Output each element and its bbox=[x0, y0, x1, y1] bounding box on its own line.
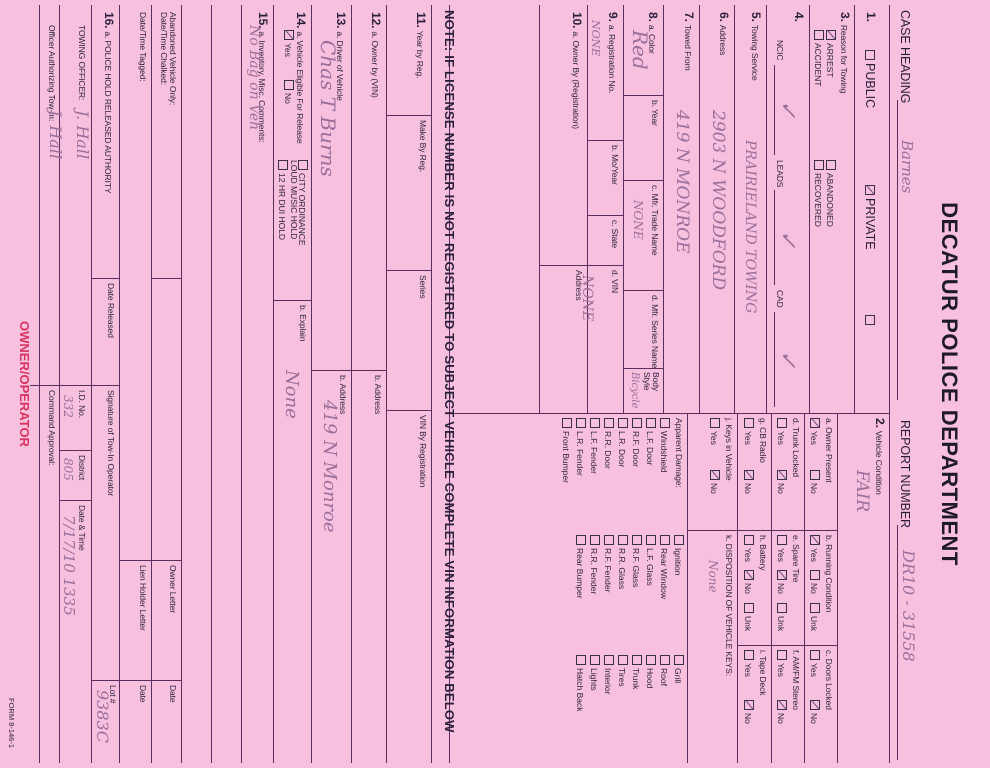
ncic-check[interactable]: ✓ bbox=[775, 100, 800, 118]
date-time-value[interactable]: 7/17/10 1335 bbox=[60, 515, 78, 616]
damage-checkbox[interactable] bbox=[618, 418, 628, 428]
owner-by-registration-label: 10.a. Owner By (Registration) bbox=[570, 12, 584, 129]
copy-designation: OWNER/OPERATOR bbox=[17, 0, 32, 768]
case-heading-label: CASE HEADING bbox=[898, 10, 912, 103]
private-option[interactable]: PRIVATE bbox=[863, 185, 877, 250]
section-1: 1. bbox=[864, 12, 878, 25]
damage-column-2: IgnitionRear WindowL.F. GlassR.F. GlassR… bbox=[572, 535, 684, 599]
registration-no-value[interactable]: NONE bbox=[589, 20, 602, 56]
damage-option[interactable]: Tires bbox=[614, 655, 628, 711]
id-no-label: I.D. No. bbox=[77, 390, 87, 418]
owner-present-yes[interactable]: Yes bbox=[809, 418, 820, 445]
rule bbox=[734, 5, 735, 413]
tape-deck-no[interactable]: No bbox=[743, 700, 754, 724]
leads-check[interactable]: ✓ bbox=[775, 230, 800, 248]
trunk-locked-no[interactable]: No bbox=[776, 470, 787, 494]
keys-in-vehicle-label: j. Keys in Vehicle bbox=[724, 418, 734, 480]
damage-option[interactable]: Front Bumper bbox=[558, 418, 572, 483]
damage-column-1: WindshieldL.F. DoorR.F. DoorL.R. DoorR.R… bbox=[558, 418, 670, 483]
vin-label: d. VIN bbox=[610, 270, 620, 293]
report-number-label: REPORT NUMBER bbox=[898, 420, 912, 528]
vin-by-registration-label: VIN By Registration bbox=[418, 415, 428, 487]
battery-label: h. Battery bbox=[758, 535, 768, 570]
dui-hold-option[interactable]: 12 HR DUI HOLD bbox=[277, 160, 288, 240]
running-yes[interactable]: Yes bbox=[809, 535, 820, 562]
towing-service-label: 5.Towing Service bbox=[749, 12, 763, 81]
cb-radio-no[interactable]: No bbox=[743, 470, 754, 494]
damage-option[interactable]: R.R. Fender bbox=[586, 535, 600, 599]
damage-checkbox[interactable] bbox=[618, 535, 628, 545]
report-number-value[interactable]: DR10 - 31558 bbox=[899, 550, 918, 662]
address-label: 6.Address bbox=[717, 12, 731, 55]
owner-letter-label: Owner Letter bbox=[168, 565, 178, 613]
rule bbox=[809, 5, 810, 413]
damage-option[interactable]: Grill bbox=[670, 655, 684, 711]
damage-option[interactable]: Trunk bbox=[628, 655, 642, 711]
section-4: 4. bbox=[792, 12, 806, 25]
apparent-damage-label: Apparent Damage: bbox=[674, 418, 684, 488]
date-time-chalked-label: Date/Time Chalked: bbox=[159, 12, 169, 85]
vehicle-condition-label: 2.Vehicle Condition bbox=[873, 418, 887, 495]
abandoned-vehicle-label: Abandoned Vehicle Only: bbox=[168, 12, 178, 105]
damage-checkbox[interactable] bbox=[632, 655, 642, 665]
leads-label: LEADS bbox=[775, 160, 785, 187]
lien-date-label: Date bbox=[138, 685, 148, 703]
towing-service-value[interactable]: PRAIRIELAND TOWING bbox=[742, 140, 758, 313]
damage-checkbox[interactable] bbox=[660, 655, 670, 665]
damage-checkbox[interactable] bbox=[604, 655, 614, 665]
mfr-trade-name-value[interactable]: NONE bbox=[631, 200, 645, 240]
damage-option[interactable]: Roof bbox=[656, 655, 670, 711]
spare-tire-yes[interactable]: Yes bbox=[776, 535, 787, 562]
district-label: District bbox=[77, 455, 87, 480]
owner-present-no[interactable]: No bbox=[809, 470, 820, 494]
disposition-keys-value[interactable]: None bbox=[706, 560, 720, 593]
owner-vin-address-label: b. Address bbox=[373, 375, 383, 414]
damage-option[interactable]: R.F. Door bbox=[628, 418, 642, 483]
damage-checkbox[interactable] bbox=[604, 418, 614, 428]
spare-tire-no[interactable]: No bbox=[776, 570, 787, 594]
damage-checkbox[interactable] bbox=[576, 535, 586, 545]
cb-radio-yes[interactable]: Yes bbox=[743, 418, 754, 445]
date-time-label: Date & Time bbox=[77, 505, 87, 551]
private-checkbox[interactable] bbox=[865, 185, 875, 195]
explain-value[interactable]: None bbox=[281, 370, 302, 419]
damage-checkbox[interactable] bbox=[674, 655, 684, 665]
owner-present-label: a. Owner Present bbox=[824, 418, 834, 483]
keys-yes[interactable]: Yes bbox=[709, 418, 720, 445]
mfr-series-name-label: d. Mfr. Series Name bbox=[650, 295, 660, 368]
damage-checkbox[interactable] bbox=[646, 655, 656, 665]
damage-checkbox[interactable] bbox=[660, 535, 670, 545]
damage-column-3: GrillRoofHoodTrunkTiresInteriorLightsHat… bbox=[572, 655, 684, 711]
damage-checkbox[interactable] bbox=[632, 535, 642, 545]
trunk-locked-label: d. Trunk Locked bbox=[791, 418, 801, 477]
eligible-no[interactable]: No bbox=[283, 80, 294, 104]
cad-label: CAD bbox=[775, 290, 785, 308]
page-title: DECATUR POLICE DEPARTMENT bbox=[936, 0, 962, 768]
public-checkbox[interactable] bbox=[865, 50, 875, 60]
district-value[interactable]: 805 bbox=[61, 458, 75, 481]
cb-radio-label: g. CB Radio bbox=[758, 418, 768, 463]
damage-checkbox[interactable] bbox=[618, 655, 628, 665]
damage-checkbox[interactable] bbox=[576, 418, 586, 428]
lien-holder-letter-label: Lien Holder Letter bbox=[138, 565, 148, 631]
damage-option[interactable]: R.F. Glass bbox=[628, 535, 642, 599]
vin-note: NOTE: IF LICENSE NUMBER IS NOT REGISTERE… bbox=[442, 10, 457, 733]
command-approval-label: Command Approval: bbox=[47, 390, 57, 465]
color-value[interactable]: Red bbox=[628, 30, 652, 70]
eligible-yes[interactable]: Yes bbox=[283, 30, 294, 57]
trunk-locked-yes[interactable]: Yes bbox=[776, 418, 787, 445]
date-released-label: Date Released bbox=[106, 283, 116, 338]
damage-checkbox[interactable] bbox=[660, 418, 670, 428]
other-option[interactable] bbox=[863, 315, 877, 328]
damage-option[interactable]: R.F. Fender bbox=[600, 535, 614, 599]
damage-option[interactable]: L.F. Door bbox=[642, 418, 656, 483]
am-fm-yes[interactable]: Yes bbox=[776, 650, 787, 677]
lot-number-value[interactable]: 9383C bbox=[93, 690, 112, 743]
reason-for-towing-label: 3.Reason for Towing bbox=[838, 12, 852, 93]
body-style-label: Body Style bbox=[642, 372, 660, 408]
tow-report-form: DECATUR POLICE DEPARTMENT CASE HEADING B… bbox=[0, 0, 990, 768]
rule bbox=[623, 5, 624, 413]
mo-year-label: b. Mo/Year bbox=[610, 145, 620, 185]
year-label: b. Year bbox=[650, 100, 660, 126]
id-no-value[interactable]: 332 bbox=[61, 395, 75, 418]
damage-checkbox[interactable] bbox=[604, 535, 614, 545]
eligible-for-release-label: 14.a. Vehicle Eligible For Release bbox=[294, 12, 308, 144]
loud-music-hold: LOUD MUSIC HOLD bbox=[289, 160, 299, 239]
document-stage: DECATUR POLICE DEPARTMENT CASE HEADING B… bbox=[0, 0, 990, 768]
mfr-trade-name-label: c. Mfr. Trade Name bbox=[650, 185, 660, 255]
case-heading-value[interactable]: Barnes bbox=[898, 140, 916, 193]
rule bbox=[699, 5, 700, 413]
tape-deck-label: i. Tape Deck bbox=[758, 650, 768, 695]
recovered-option[interactable]: RECOVERED bbox=[813, 160, 824, 227]
towing-officer-signature[interactable]: J. Hall bbox=[73, 110, 92, 159]
damage-option[interactable]: R.R. Door bbox=[600, 418, 614, 483]
vehicle-condition-value[interactable]: FAIR bbox=[852, 470, 872, 512]
running-condition-label: b. Running Condition bbox=[824, 535, 834, 612]
damage-option[interactable]: Ignition bbox=[670, 535, 684, 599]
damage-option[interactable]: Lights bbox=[586, 655, 600, 711]
running-no[interactable]: No bbox=[809, 570, 820, 594]
tape-deck-yes[interactable]: Yes bbox=[743, 650, 754, 677]
inventory-value[interactable]: No Bag on Veh bbox=[246, 25, 262, 130]
doors-locked-label: c. Doors Locked bbox=[824, 650, 834, 710]
damage-option[interactable]: L.F. Glass bbox=[642, 535, 656, 599]
damage-checkbox[interactable] bbox=[674, 535, 684, 545]
damage-option[interactable]: Hood bbox=[642, 655, 656, 711]
spare-tire-unk[interactable]: Unk bbox=[776, 603, 787, 631]
abandoned-option[interactable]: ABANDONED bbox=[825, 160, 836, 227]
rule bbox=[854, 5, 855, 413]
vin-value[interactable]: NONE bbox=[579, 275, 595, 321]
driver-address-value[interactable]: 419 N Monroe bbox=[319, 400, 340, 533]
officer-authorizing-signature[interactable]: J. Hall bbox=[46, 110, 65, 159]
public-option[interactable]: PUBLIC bbox=[863, 50, 877, 108]
explain-label: b. Explain bbox=[298, 305, 308, 341]
doors-locked-no[interactable]: No bbox=[809, 700, 820, 724]
damage-checkbox[interactable] bbox=[590, 655, 600, 665]
keys-no[interactable]: No bbox=[709, 470, 720, 494]
damage-checkbox[interactable] bbox=[646, 535, 656, 545]
rule bbox=[766, 5, 767, 413]
damage-option[interactable]: Rear Bumper bbox=[572, 535, 586, 599]
damage-option[interactable]: L.R. Door bbox=[614, 418, 628, 483]
disposition-keys-label: k. DISPOSITION OF VEHICLE KEYS: bbox=[724, 535, 734, 676]
damage-checkbox[interactable] bbox=[590, 418, 600, 428]
date-time-tagged-label: Date/Time Tagged: bbox=[138, 12, 148, 82]
cad-check[interactable]: ✓ bbox=[775, 350, 800, 368]
registration-no-label: 9.a. Registration No. bbox=[606, 12, 620, 93]
damage-checkbox[interactable] bbox=[646, 418, 656, 428]
towed-from-value[interactable]: 419 N MONROE bbox=[672, 110, 692, 254]
damage-checkbox[interactable] bbox=[590, 535, 600, 545]
damage-checkbox[interactable] bbox=[632, 418, 642, 428]
damage-option[interactable]: R.R. Glass bbox=[614, 535, 628, 599]
owner-letter-date-label: Date bbox=[168, 685, 178, 703]
am-fm-no[interactable]: No bbox=[776, 700, 787, 724]
battery-unk[interactable]: Unk bbox=[743, 603, 754, 631]
accident-option[interactable]: ACCIDENT bbox=[813, 30, 824, 86]
make-by-reg-label: Make By Reg. bbox=[418, 120, 428, 172]
damage-option[interactable]: L.R. Fender bbox=[572, 418, 586, 483]
towing-officer-label: TOWING OFFICER: bbox=[77, 25, 87, 100]
owner-by-vin-label: 12.a. Owner by (VIN) bbox=[369, 12, 383, 98]
damage-option[interactable]: Hatch Back bbox=[572, 655, 586, 711]
rule bbox=[663, 5, 664, 413]
spare-tire-label: e. Spare Tire bbox=[791, 535, 801, 582]
damage-option[interactable]: Interior bbox=[600, 655, 614, 711]
damage-checkbox[interactable] bbox=[562, 418, 572, 428]
doors-locked-yes[interactable]: Yes bbox=[809, 650, 820, 677]
damage-checkbox[interactable] bbox=[576, 655, 586, 665]
form-number: FORM 8-146-1 bbox=[7, 698, 16, 748]
ncic-label: NCIC bbox=[775, 40, 785, 60]
rule bbox=[889, 5, 890, 763]
other-checkbox[interactable] bbox=[865, 315, 875, 325]
officer-authorizing-label: Officer Authorizing Tow-In: bbox=[47, 25, 57, 121]
tow-operator-signature-label: Signature of Tow-In Operator bbox=[106, 390, 116, 496]
damage-option[interactable]: Windshield bbox=[656, 418, 670, 483]
am-fm-label: f. AM/FM Stereo bbox=[791, 650, 801, 710]
arrest-option[interactable]: ARREST bbox=[825, 30, 836, 77]
driver-value[interactable]: Chas T Burns bbox=[316, 40, 340, 177]
police-hold-label: 16.a. POLICE HOLD RELEASED AUTHORITY bbox=[102, 12, 116, 193]
towed-from-label: 7.Towed From bbox=[682, 12, 696, 71]
body-style-value[interactable]: Bicycle bbox=[629, 372, 640, 409]
divider-vehicle-condition bbox=[450, 413, 890, 414]
rule bbox=[587, 5, 588, 413]
running-unk[interactable]: Unk bbox=[809, 603, 820, 631]
battery-yes[interactable]: Yes bbox=[743, 535, 754, 562]
report-number-line bbox=[897, 525, 898, 760]
damage-option[interactable]: L.F. Fender bbox=[586, 418, 600, 483]
damage-option[interactable]: Rear Window bbox=[656, 535, 670, 599]
battery-no[interactable]: No bbox=[743, 570, 754, 594]
series-label: Series bbox=[418, 275, 428, 299]
address-value[interactable]: 2903 N WOODFORD bbox=[708, 110, 728, 290]
year-by-reg-label: 11.Year by Reg. bbox=[414, 12, 428, 78]
state-label: c. State bbox=[610, 220, 620, 248]
